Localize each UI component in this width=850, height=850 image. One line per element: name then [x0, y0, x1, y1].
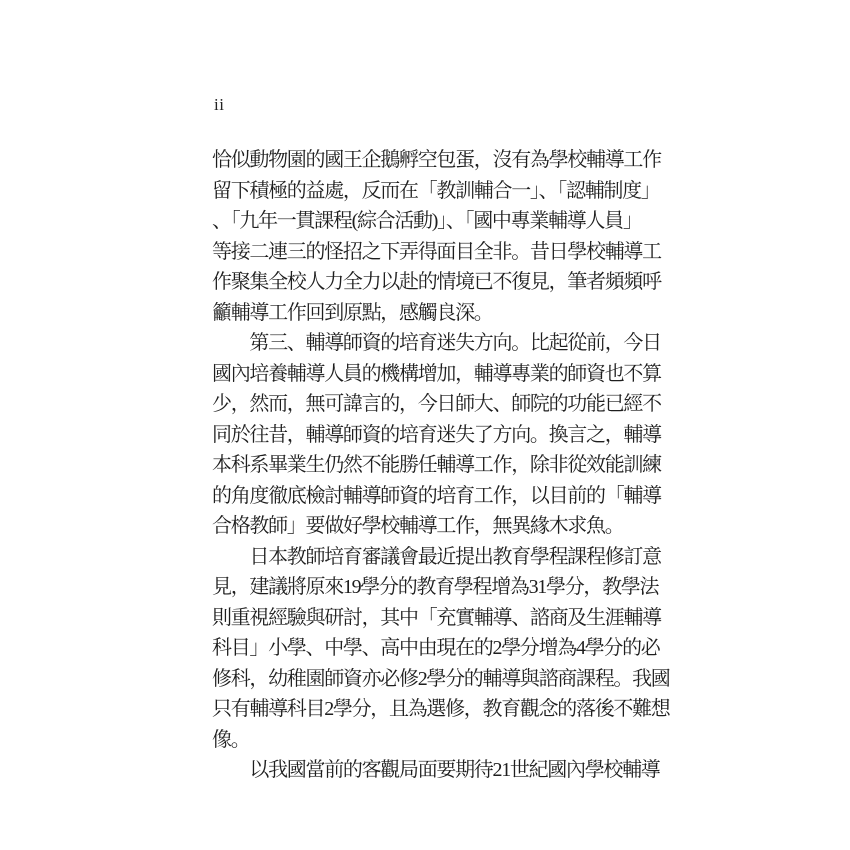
text-line: 本科系畢業生仍然不能勝任輔導工作，除非從效能訓練	[212, 450, 682, 481]
page-number: ii	[214, 96, 224, 113]
book-page: ii 恰似動物園的國王企鵝孵空包蛋，沒有為學校輔導工作 留下積極的益處，反而在「…	[0, 0, 850, 850]
text-line: 第三、輔導師資的培育迷失方向。比起從前，今日	[212, 328, 682, 359]
text-line: 、「九年一貫課程(綜合活動)」、「國中專業輔導人員」	[212, 206, 682, 237]
text-line: 作聚集全校人力全力以赴的情境已不復見，筆者頻頻呼	[212, 267, 682, 298]
text-line: 見，建議將原來19學分的教育學程增為31學分，教學法	[212, 572, 682, 603]
text-line: 日本教師培育審議會最近提出教育學程課程修訂意	[212, 542, 682, 573]
text-line: 修科，幼稚園師資亦必修2學分的輔導與諮商課程。我國	[212, 664, 682, 695]
text-line: 合格教師」要做好學校輔導工作，無異緣木求魚。	[212, 511, 682, 542]
text-line: 只有輔導科目2學分，且為選修，教育觀念的落後不難想	[212, 694, 682, 725]
text-line: 的角度徹底檢討輔導師資的培育工作，以目前的「輔導	[212, 481, 682, 512]
text-line: 等接二連三的怪招之下弄得面目全非。昔日學校輔導工	[212, 237, 682, 268]
text-line: 則重視經驗與研討，其中「充實輔導、諮商及生涯輔導	[212, 603, 682, 634]
text-line: 以我國當前的客觀局面要期待21世紀國內學校輔導	[212, 755, 682, 786]
text-line: 恰似動物園的國王企鵝孵空包蛋，沒有為學校輔導工作	[212, 145, 682, 176]
text-line: 像。	[212, 725, 682, 756]
text-line: 國內培養輔導人員的機構增加，輔導專業的師資也不算	[212, 359, 682, 390]
text-line: 科目」小學、中學、高中由現在的2學分增為4學分的必	[212, 633, 682, 664]
text-block: 恰似動物園的國王企鵝孵空包蛋，沒有為學校輔導工作 留下積極的益處，反而在「教訓輔…	[212, 145, 682, 786]
text-line: 留下積極的益處，反而在「教訓輔合一」、「認輔制度」	[212, 176, 682, 207]
text-line: 少，然而，無可諱言的，今日師大、師院的功能已經不	[212, 389, 682, 420]
text-line: 籲輔導工作回到原點，感觸良深。	[212, 298, 682, 329]
text-line: 同於往昔，輔導師資的培育迷失了方向。換言之，輔導	[212, 420, 682, 451]
